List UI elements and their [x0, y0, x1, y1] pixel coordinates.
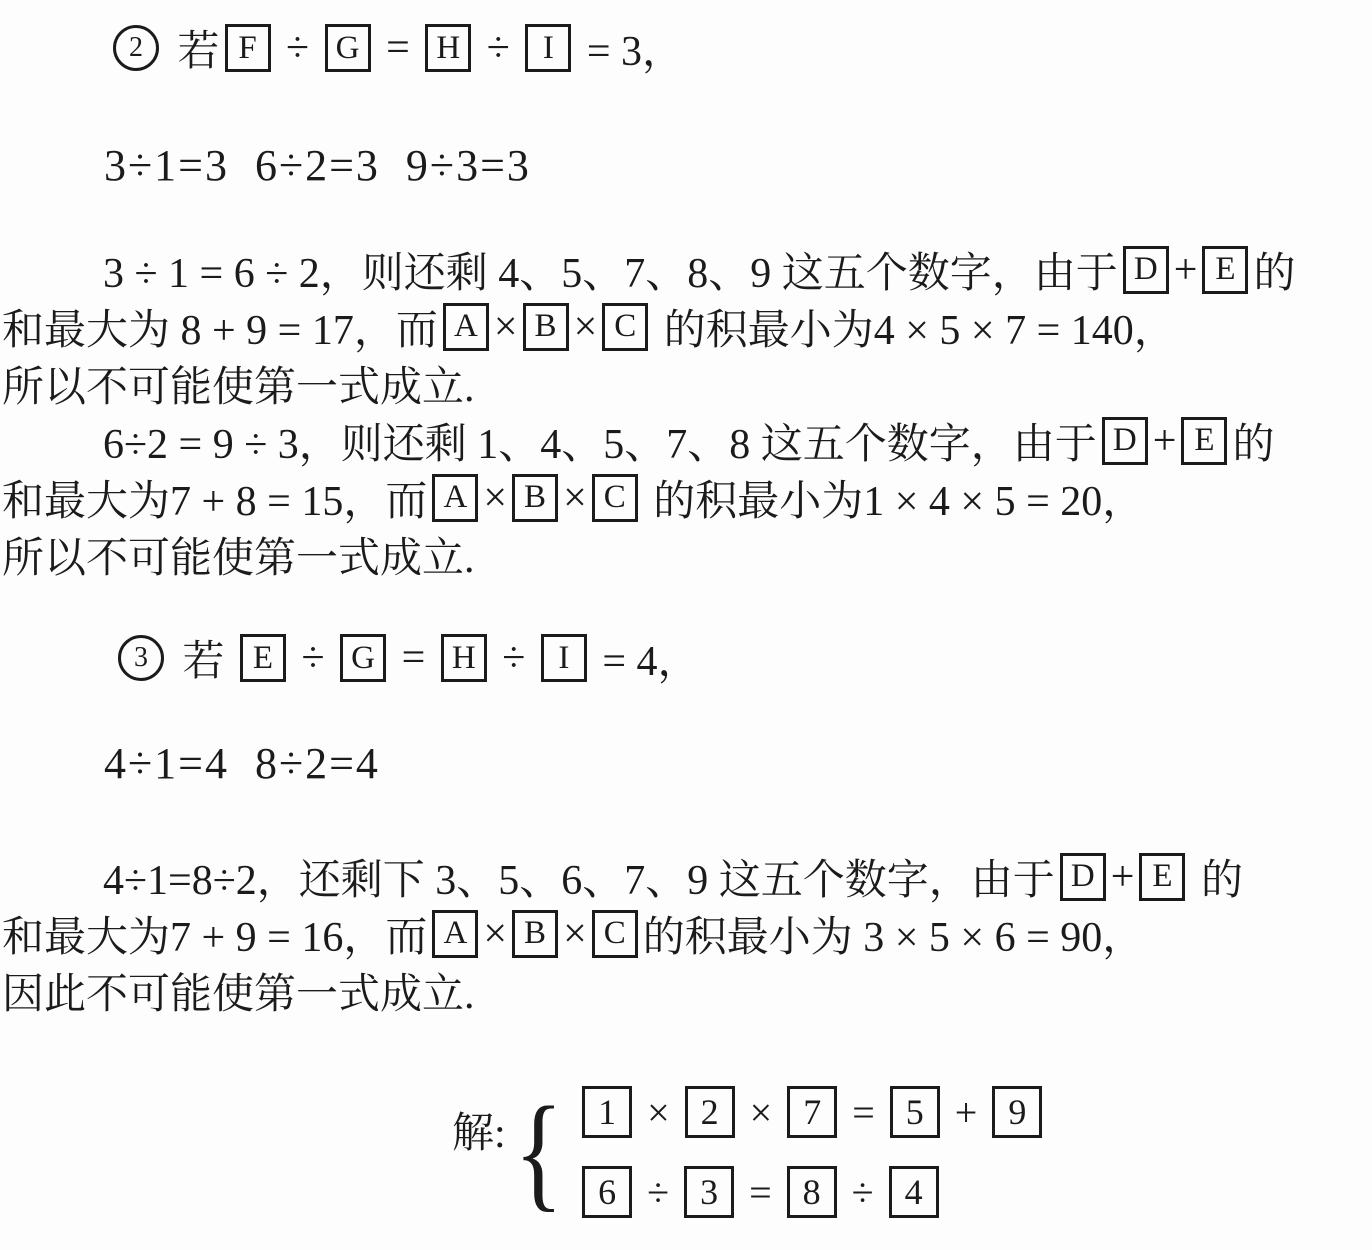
text-run: = 3，	[576, 18, 684, 78]
text-run: ÷	[637, 1169, 679, 1216]
text-run: 的	[1190, 847, 1243, 907]
text-run: 所以不可能使第一式成立.	[2, 354, 475, 414]
solution-equation-1: 1 × 2 × 7 = 5 + 9	[577, 1086, 1047, 1138]
text-run: =	[842, 1089, 885, 1136]
text-run: 3 ÷ 1 = 6 ÷ 2，则还剩 4、5、7、8、9 这五个数字，由于	[103, 240, 1118, 300]
case-2-paragraph-2: 6÷2 = 9 ÷ 3，则还剩 1、4、5、7、8 这五个数字，由于D+E的 和…	[2, 412, 1370, 583]
boxed-symbol: A	[432, 474, 478, 522]
text-run: 和最大为 8 + 9 = 17，而	[2, 297, 438, 357]
text-run: ÷	[842, 1169, 884, 1216]
text-run: 的积最小为4 × 5 × 7 = 140，	[653, 297, 1176, 357]
document-page: 2 若F ÷ G = H ÷ I = 3， 3÷1=3 6÷2=3 9÷3=3 …	[0, 0, 1372, 1250]
boxed-symbol: B	[512, 474, 558, 522]
text-run: ÷	[276, 24, 320, 72]
boxed-symbol: H	[441, 634, 487, 682]
case-3-heading: 3 若 E ÷ G = H ÷ I = 4，	[118, 628, 700, 688]
boxed-symbol: 6	[582, 1166, 632, 1218]
text-run: +	[1111, 853, 1135, 901]
text-run: ×	[740, 1089, 783, 1136]
text-line: 因此不可能使第一式成立.	[2, 962, 1370, 1019]
text-run: 4÷1=8÷2，还剩下 3、5、6、7、9 这五个数字，由于	[103, 847, 1055, 907]
text-run: 的	[1253, 240, 1295, 300]
text-run: 6÷2 = 9 ÷ 3，则还剩 1、4、5、7、8 这五个数字，由于	[103, 411, 1097, 471]
text-run: ×	[563, 474, 587, 522]
text-run: 若	[167, 18, 220, 78]
text-line: 4÷1=8÷2，还剩下 3、5、6、7、9 这五个数字，由于D+E 的	[2, 848, 1370, 905]
boxed-symbol: D	[1123, 246, 1169, 294]
text-run: 的积最小为 3 × 5 × 6 = 90，	[643, 904, 1145, 964]
text-run: +	[945, 1089, 988, 1136]
boxed-symbol: 8	[787, 1166, 837, 1218]
text-run: ×	[574, 303, 598, 351]
boxed-symbol: C	[592, 910, 638, 958]
boxed-symbol: D	[1102, 417, 1148, 465]
text-run: 的	[1232, 411, 1274, 471]
text-run: 所以不可能使第一式成立.	[2, 525, 475, 585]
text-run: +	[1174, 246, 1198, 294]
text-run: ×	[563, 910, 587, 958]
boxed-symbol: 7	[787, 1086, 837, 1138]
boxed-symbol: E	[1181, 417, 1227, 465]
boxed-symbol: E	[1139, 853, 1185, 901]
solution-block: 解: { 1 × 2 × 7 = 5 + 9 6 ÷ 3 = 8 ÷ 4	[452, 1086, 1047, 1218]
case-2-heading: 2 若F ÷ G = H ÷ I = 3，	[113, 18, 684, 78]
text-run: ×	[637, 1089, 680, 1136]
text-run: 若	[172, 628, 235, 688]
text-run: 和最大为7 + 8 = 15，而	[2, 468, 427, 528]
text-run: ×	[483, 910, 507, 958]
case-2-paragraph-1: 3 ÷ 1 = 6 ÷ 2，则还剩 4、5、7、8、9 这五个数字，由于D+E的…	[2, 241, 1370, 412]
circled-number: 3	[118, 635, 164, 681]
case-3-paragraph: 4÷1=8÷2，还剩下 3、5、6、7、9 这五个数字，由于D+E 的 和最大为…	[2, 848, 1370, 1019]
text-line: 3 ÷ 1 = 6 ÷ 2，则还剩 4、5、7、8、9 这五个数字，由于D+E的	[2, 241, 1370, 298]
boxed-symbol: 1	[582, 1086, 632, 1138]
boxed-symbol: 5	[890, 1086, 940, 1138]
boxed-symbol: C	[592, 474, 638, 522]
text-run: 和最大为7 + 9 = 16，而	[2, 904, 427, 964]
boxed-symbol: H	[425, 24, 471, 72]
boxed-symbol: 4	[889, 1166, 939, 1218]
boxed-symbol: 3	[684, 1166, 734, 1218]
boxed-symbol: 2	[685, 1086, 735, 1138]
text-run: ÷	[291, 634, 335, 682]
solution-label: 解:	[452, 1100, 506, 1160]
text-run: = 4，	[592, 628, 700, 688]
text-line: 和最大为 8 + 9 = 17，而A×B×C 的积最小为4 × 5 × 7 = …	[2, 298, 1370, 355]
boxed-symbol: A	[432, 910, 478, 958]
text-line: 6÷2 = 9 ÷ 3，则还剩 1、4、5、7、8 这五个数字，由于D+E的	[2, 412, 1370, 469]
boxed-symbol: C	[602, 303, 648, 351]
solution-equation-2: 6 ÷ 3 = 8 ÷ 4	[577, 1166, 1047, 1218]
text-run: =	[391, 634, 436, 682]
boxed-symbol: 9	[992, 1086, 1042, 1138]
text-run: =	[376, 24, 421, 72]
left-brace-icon: {	[514, 1088, 563, 1216]
text-line: 所以不可能使第一式成立.	[2, 355, 1370, 412]
boxed-symbol: G	[340, 634, 386, 682]
text-line: 所以不可能使第一式成立.	[2, 526, 1370, 583]
text-run: ×	[483, 474, 507, 522]
boxed-symbol: E	[1202, 246, 1248, 294]
text-run: 的积最小为1 × 4 × 5 = 20，	[643, 468, 1145, 528]
boxed-symbol: B	[512, 910, 558, 958]
case-3-candidates: 4÷1=4 8÷2=4	[104, 738, 380, 789]
boxed-symbol: D	[1060, 853, 1106, 901]
boxed-symbol: E	[240, 634, 286, 682]
boxed-symbol: B	[523, 303, 569, 351]
boxed-symbol: A	[443, 303, 489, 351]
solution-equations: 1 × 2 × 7 = 5 + 9 6 ÷ 3 = 8 ÷ 4	[577, 1086, 1047, 1218]
boxed-symbol: G	[325, 24, 371, 72]
text-run: ×	[494, 303, 518, 351]
circled-number: 2	[113, 25, 159, 71]
text-run: ÷	[476, 24, 520, 72]
text-run: =	[739, 1169, 782, 1216]
text-run: ÷	[492, 634, 536, 682]
boxed-symbol: I	[541, 634, 587, 682]
boxed-symbol: I	[525, 24, 571, 72]
text-line: 和最大为7 + 8 = 15，而A×B×C 的积最小为1 × 4 × 5 = 2…	[2, 469, 1370, 526]
boxed-symbol: F	[225, 24, 271, 72]
case-2-candidates: 3÷1=3 6÷2=3 9÷3=3	[104, 140, 531, 191]
text-line: 和最大为7 + 9 = 16，而A×B×C的积最小为 3 × 5 × 6 = 9…	[2, 905, 1370, 962]
text-run: 因此不可能使第一式成立.	[2, 961, 475, 1021]
text-run: +	[1153, 417, 1177, 465]
